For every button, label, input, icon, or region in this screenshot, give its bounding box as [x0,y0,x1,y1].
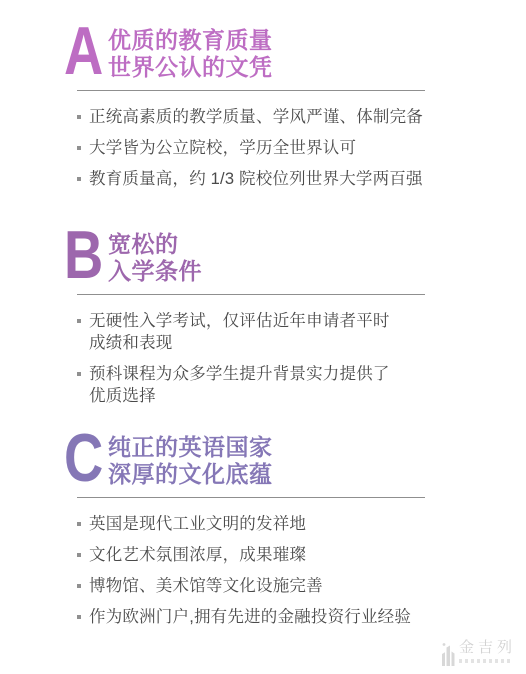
bullet-dot-icon [77,146,81,150]
infographic-page: A 优质的教育质量 世界公认的文凭 正统高素质的教学质量、学风严谨、体制完备 大… [0,0,526,674]
building-bars-icon [439,642,456,666]
section-c-title-line1: 纯正的英语国家 [108,434,273,461]
bullet-dot-icon [77,615,81,619]
watermark-text-block: 金吉列 [459,640,516,663]
bullet-text: 预科课程为众多学生提升背景实力提供了 优质选择 [89,363,390,407]
bullet-item: 大学皆为公立院校，学历全世界认可 [77,137,486,159]
section-b-title: 宽松的 入学条件 [108,229,202,285]
section-a-header: A 优质的教育质量 世界公认的文凭 [64,25,486,81]
bullet-dot-icon [77,319,81,323]
bullet-item: 英国是现代工业文明的发祥地 [77,513,486,535]
bullet-item: 无硬性入学考试，仅评估近年申请者平时 成绩和表现 [77,310,486,354]
watermark-tagline-dots [459,659,513,663]
section-a: A 优质的教育质量 世界公认的文凭 正统高素质的教学质量、学风严谨、体制完备 大… [64,25,486,190]
bullet-item: 文化艺术氛围浓厚，成果璀璨 [77,544,486,566]
section-b-bullet-list: 无硬性入学考试，仅评估近年申请者平时 成绩和表现 预科课程为众多学生提升背景实力… [77,310,486,407]
bullet-text: 英国是现代工业文明的发祥地 [89,513,306,535]
bullet-dot-icon [77,177,81,181]
bullet-dot-icon [77,553,81,557]
bullet-text: 作为欧洲门户,拥有先进的金融投资行业经验 [89,606,411,628]
section-b-title-line1: 宽松的 [108,231,202,258]
section-a-title-line2: 世界公认的文凭 [108,54,273,81]
brand-watermark: 金吉列 [439,640,516,666]
section-c: C 纯正的英语国家 深厚的文化底蕴 英国是现代工业文明的发祥地 文化艺术氛围浓厚… [64,432,486,628]
section-a-divider [77,90,425,91]
section-b-letter: B [64,229,96,281]
section-b-header: B 宽松的 入学条件 [64,229,486,285]
bullet-item: 预科课程为众多学生提升背景实力提供了 优质选择 [77,363,486,407]
section-b-divider [77,294,425,295]
section-c-bullet-list: 英国是现代工业文明的发祥地 文化艺术氛围浓厚，成果璀璨 博物馆、美术馆等文化设施… [77,513,486,628]
section-c-title-line2: 深厚的文化底蕴 [108,461,273,488]
section-a-title: 优质的教育质量 世界公认的文凭 [108,25,273,81]
bullet-item: 正统高素质的教学质量、学风严谨、体制完备 [77,106,486,128]
section-a-letter: A [64,25,96,77]
bullet-text: 博物馆、美术馆等文化设施完善 [89,575,323,597]
bullet-text: 大学皆为公立院校，学历全世界认可 [89,137,356,159]
bullet-item: 博物馆、美术馆等文化设施完善 [77,575,486,597]
bullet-text: 无硬性入学考试，仅评估近年申请者平时 成绩和表现 [89,310,390,354]
bullet-dot-icon [77,522,81,526]
section-c-header: C 纯正的英语国家 深厚的文化底蕴 [64,432,486,488]
bullet-dot-icon [77,115,81,119]
bullet-dot-icon [77,584,81,588]
bullet-text: 正统高素质的教学质量、学风严谨、体制完备 [89,106,423,128]
section-b-title-line2: 入学条件 [108,258,202,285]
bullet-text: 教育质量高，约 1/3 院校位列世界大学两百强 [89,168,423,190]
section-c-letter: C [64,432,96,484]
section-c-divider [77,497,425,498]
bullet-dot-icon [77,372,81,376]
watermark-brand: 金吉列 [459,640,516,656]
section-a-bullet-list: 正统高素质的教学质量、学风严谨、体制完备 大学皆为公立院校，学历全世界认可 教育… [77,106,486,190]
section-b: B 宽松的 入学条件 无硬性入学考试，仅评估近年申请者平时 成绩和表现 预科课程… [64,229,486,407]
section-c-title: 纯正的英语国家 深厚的文化底蕴 [108,432,273,488]
section-a-title-line1: 优质的教育质量 [108,27,273,54]
bullet-item: 作为欧洲门户,拥有先进的金融投资行业经验 [77,606,486,628]
bullet-text: 文化艺术氛围浓厚，成果璀璨 [89,544,306,566]
bullet-item: 教育质量高，约 1/3 院校位列世界大学两百强 [77,168,486,190]
